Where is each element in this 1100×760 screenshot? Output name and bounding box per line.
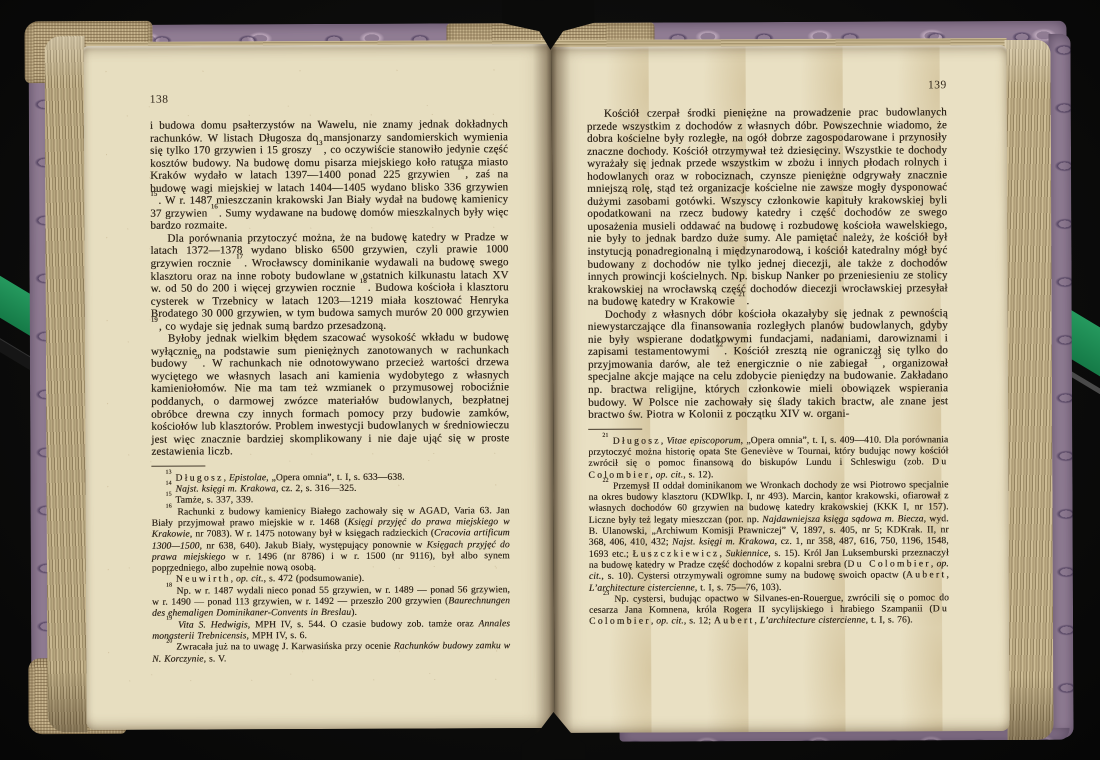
footnote-item: 19 Vita S. Hedwigis, MPH IV, s. 544. O c…: [152, 618, 510, 642]
spaced-name: Długosz: [175, 472, 223, 483]
italic-text: Księgach przyjęć do prawa miejskiego: [152, 539, 510, 563]
italic-text: Vitae episcoporum: [667, 435, 741, 446]
footnote-ref: 21: [738, 291, 745, 298]
paragraph: i budowa domu psałterzystów na Wawelu, n…: [150, 118, 508, 232]
spaced-name: Łuszczkiewicz: [632, 548, 719, 559]
left-page-footnotes: 13 Długosz, Epistolae, „Opera omnia”, t.…: [151, 471, 510, 665]
spaced-name: Neuwirth: [176, 574, 231, 585]
italic-text: Rachunków budowy zamku w N. Korczynie: [152, 640, 510, 664]
footnote-ref: 14: [165, 481, 171, 487]
spaced-name: Aubert: [906, 570, 947, 581]
page-edges-left: [44, 36, 87, 732]
paragraph: Dochody z własnych dóbr kościoła okazały…: [588, 307, 948, 421]
right-page-content: 139 Kościół czerpał środki pieniężne na …: [587, 79, 949, 627]
page-number-right: 139: [587, 79, 947, 93]
footnote-ref: 20: [194, 354, 201, 361]
footnote-ref: 22: [602, 477, 608, 483]
footnote-ref: 23: [874, 353, 881, 360]
footnote-item: 16 Rachunki z budowy kamienicy Białego z…: [152, 505, 510, 574]
footnote-ref: 16: [211, 203, 218, 210]
footnote-ref: 18: [166, 582, 172, 588]
spaced-name: Du Colombier: [588, 457, 948, 481]
footnote-separator-left: [151, 465, 205, 466]
paragraph: Byłoby jednak wielkim błędem szacować wy…: [151, 331, 510, 458]
photo-background: 138 i budowa domu psałterzystów na Wawel…: [0, 0, 1100, 760]
italic-text: Sukiennice: [726, 548, 769, 559]
page-edges-right: [1005, 40, 1054, 740]
spaced-name: Du Colombier: [847, 558, 931, 569]
italic-text: op. cit.: [656, 469, 684, 480]
page-number-left: 138: [150, 92, 508, 106]
left-page-body: i budowa domu psałterzystów na Wawelu, n…: [150, 118, 509, 458]
footnote-separator-right: [588, 428, 642, 429]
footnote-ref: 19: [166, 616, 172, 622]
italic-text: Najst. księgi m. Krakowa: [672, 536, 774, 547]
italic-text: Baurechnungen des ehemaligen Dominikaner…: [152, 595, 510, 619]
footnote-ref: 21: [602, 432, 608, 438]
footnote-ref: 15: [150, 191, 157, 198]
open-book: 138 i budowa domu psałterzystów na Wawel…: [0, 0, 1100, 760]
left-page: 138 i budowa domu psałterzystów na Wawel…: [84, 44, 555, 730]
footnote-ref: 23: [603, 590, 609, 596]
italic-text: Vita S. Hedwigis: [178, 619, 248, 630]
footnote-ref: 13: [315, 140, 322, 147]
paragraph: Kościół czerpał środki pieniężne na prow…: [587, 106, 948, 308]
footnote-item: 22 Przemysł II oddał dominikanom we Wron…: [588, 479, 948, 594]
footnote-item: 23 Np. cystersi, budując opactwo w Silva…: [589, 592, 949, 627]
gutter-shadow: [533, 44, 574, 734]
footnote-ref: 18: [360, 278, 367, 285]
footnote-ref: 17: [236, 253, 243, 260]
right-page: 139 Kościół czerpał środki pieniężne na …: [552, 45, 1010, 733]
footnote-ref: 19: [151, 316, 158, 323]
footnote-ref: 14: [457, 164, 464, 171]
italic-text: Najst. księgi m. Krakowa: [175, 483, 275, 494]
italic-text: Najdawniejsza księga sądowa m. Biecza: [762, 513, 923, 525]
paragraph: Dla porównania przytoczyć można, że na b…: [150, 231, 508, 333]
footnote-ref: 17: [166, 571, 172, 577]
left-page-content: 138 i budowa domu psałterzystów na Wawel…: [150, 92, 510, 664]
italic-text: op. cit.: [236, 574, 264, 585]
footnote-ref: 22: [716, 342, 723, 349]
right-page-footnotes: 21 Długosz, Vitae episcoporum, „Opera om…: [588, 434, 949, 628]
italic-text: L’architecture cistercienne: [760, 615, 866, 626]
italic-text: Epistolae: [229, 472, 266, 483]
italic-text: op. cit.: [656, 616, 684, 627]
footnote-ref: 13: [165, 469, 171, 475]
footnote-item: 20 Zwracała już na to uwagę J. Karwasińs…: [152, 640, 510, 664]
footnote-item: 21 Długosz, Vitae episcoporum, „Opera om…: [588, 434, 948, 481]
footnote-item: 18 Np. w r. 1487 wydali nieco ponad 55 g…: [152, 584, 510, 619]
footnote-ref: 15: [165, 492, 171, 498]
spaced-name: Aubert: [714, 616, 755, 627]
footnote-ref: 16: [166, 503, 172, 509]
footnote-ref: 20: [166, 639, 172, 645]
spaced-name: Długosz: [613, 435, 661, 446]
right-page-body: Kościół czerpał środki pieniężne na prow…: [587, 106, 948, 421]
